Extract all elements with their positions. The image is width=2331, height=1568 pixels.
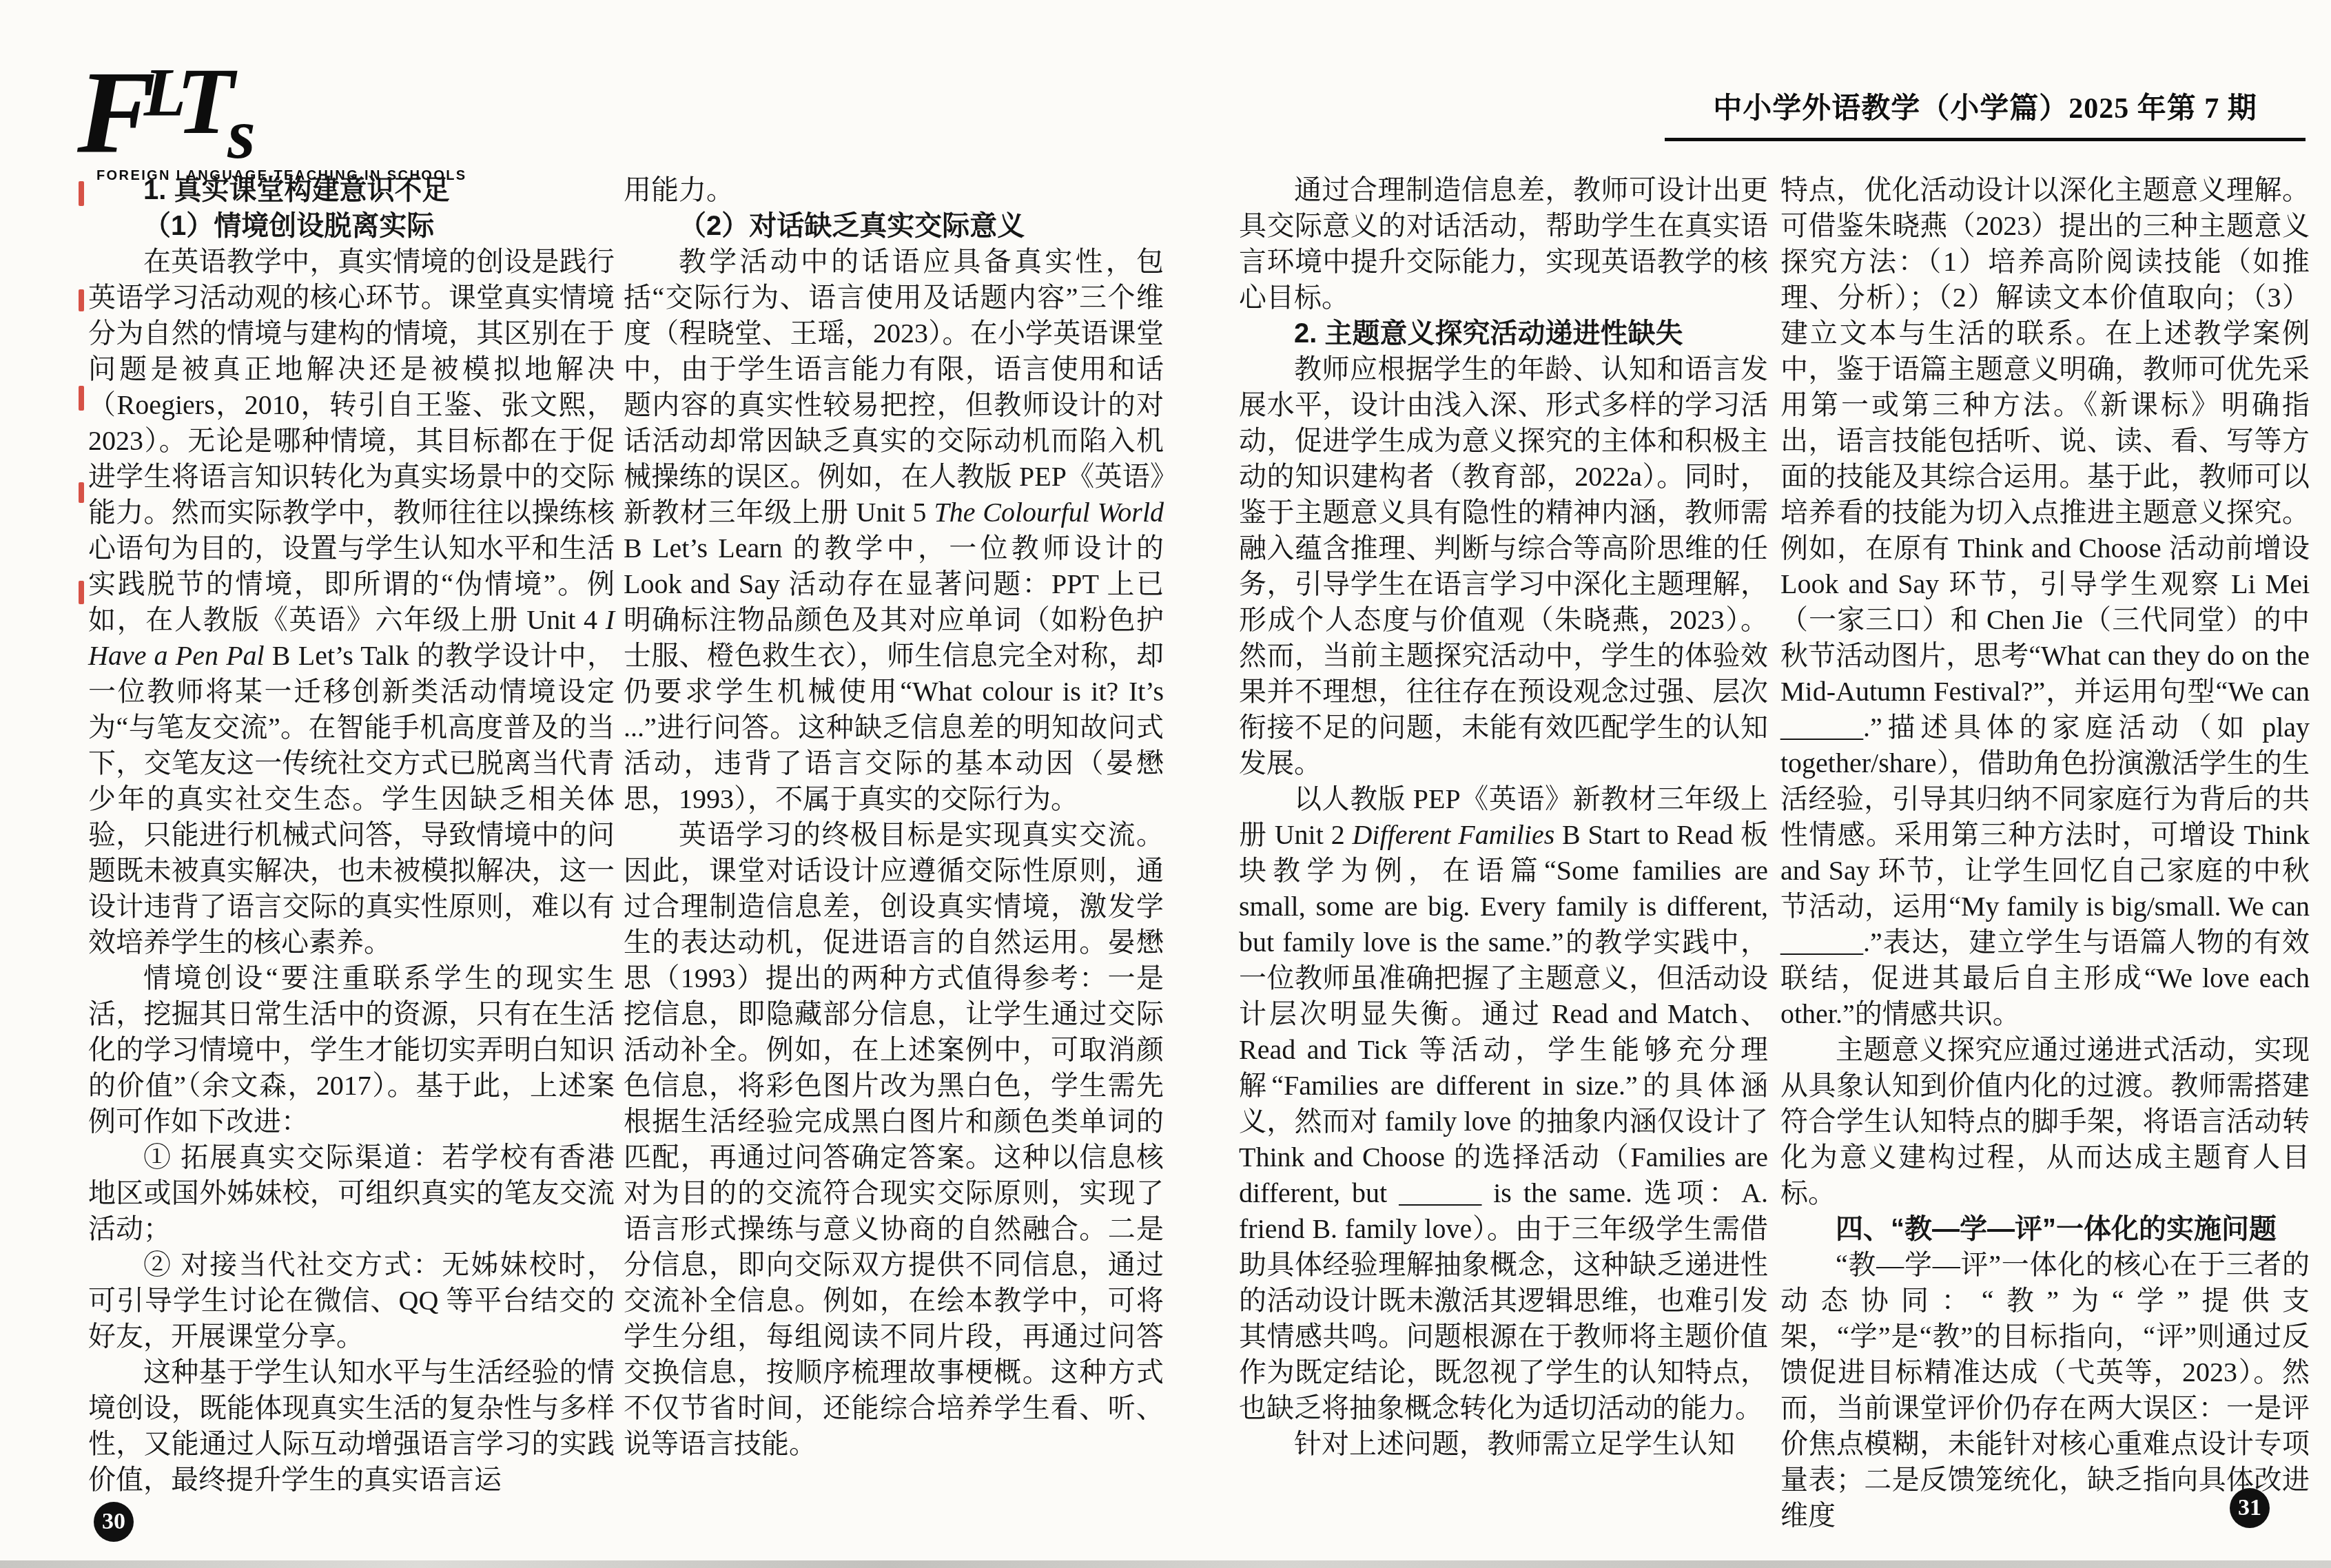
page-number-right: 31 xyxy=(2230,1488,2270,1528)
section-heading: （1）情境创设脱离实际 xyxy=(88,208,615,244)
text-run: B Start to Read 板块教学为例，在语篇“Some families… xyxy=(1239,819,1768,1423)
scan-red-mark xyxy=(79,482,84,503)
journal-issue-title: 中小学外语教学（小学篇）2025 年第 7 期 xyxy=(1665,85,2306,127)
section-heading: 1. 真实课堂构建意识不足 xyxy=(88,172,615,208)
text-run: （1）情境创设脱离实际 xyxy=(143,211,434,241)
paragraph: ① 拓展真实交际渠道：若学校有香港地区或国外姊妹校，可组织真实的笔友交流活动； xyxy=(88,1139,615,1247)
paragraph: 教学活动中的话语应具备真实性，包括“交际行为、语言使用及话题内容”三个维度（程晓… xyxy=(624,244,1164,817)
logo-letter-t: T xyxy=(176,54,234,149)
paragraph: 情境创设“要注重联系学生的现实生活，挖掘其日常生活中的资源，只有在生活化的学习情… xyxy=(88,960,615,1139)
scan-red-mark xyxy=(79,581,84,604)
paragraph: 通过合理制造信息差，教师可设计出更具交际意义的对话活动，帮助学生在真实语言环境中… xyxy=(1239,172,1768,316)
section-heading: 2. 主题意义探究活动递进性缺失 xyxy=(1239,316,1768,351)
paragraph: 这种基于学生认知水平与生活经验的情境创设，既能体现真实生活的复杂性与多样性，又能… xyxy=(88,1354,615,1498)
text-column-3: 通过合理制造信息差，教师可设计出更具交际意义的对话活动，帮助学生在真实语言环境中… xyxy=(1239,172,1768,1462)
text-run: 通过合理制造信息差，教师可设计出更具交际意义的对话活动，帮助学生在真实语言环境中… xyxy=(1239,174,1768,313)
text-run: 情境创设“要注重联系学生的现实生活，挖掘其日常生活中的资源，只有在生活化的学习情… xyxy=(88,962,615,1137)
section-heading: 四、“教—学—评”一体化的实施问题 xyxy=(1780,1211,2310,1247)
text-run: 教师应根据学生的年龄、认知和语言发展水平，设计由浅入深、形式多样的学习活动，促进… xyxy=(1239,353,1768,778)
text-run: B Let’s Learn 的教学中，一位教师设计的 Look and Say … xyxy=(624,533,1164,814)
paragraph: 用能力。 xyxy=(624,172,1164,208)
italic-title-text: The Colourful World xyxy=(934,497,1164,528)
text-run: 教学活动中的话语应具备真实性，包括“交际行为、语言使用及话题内容”三个维度（程晓… xyxy=(624,246,1164,528)
scan-red-mark xyxy=(79,181,84,206)
text-run: 英语学习的终极目标是实现真实交流。因此，课堂对话设计应遵循交际性原则，通过合理制… xyxy=(624,819,1164,1459)
text-column-4: 特点，优化活动设计以深化主题意义理解。可借鉴朱晓燕（2023）提出的三种主题意义… xyxy=(1780,172,2310,1534)
text-run: 主题意义探究应通过递进式活动，实现从具象认知到价值内化的过渡。教师需搭建符合学生… xyxy=(1780,1034,2310,1208)
text-run: ① 拓展真实交际渠道：若学校有香港地区或国外姊妹校，可组织真实的笔友交流活动； xyxy=(88,1142,615,1244)
text-run: B Let’s Talk 的教学设计中，一位教师将某一迁移创新类活动情境设定为“… xyxy=(88,640,615,958)
paragraph: 在英语教学中，真实情境的创设是践行英语学习活动观的核心环节。课堂真实情境分为自然… xyxy=(88,244,615,960)
text-run: 1. 真实课堂构建意识不足 xyxy=(143,175,449,205)
header-rule xyxy=(1665,138,2306,141)
text-column-2: 用能力。（2）对话缺乏真实交际意义教学活动中的话语应具备真实性，包括“交际行为、… xyxy=(624,172,1164,1462)
text-run: 针对上述问题，教师需立足学生认知 xyxy=(1294,1428,1735,1459)
text-column-1: 1. 真实课堂构建意识不足（1）情境创设脱离实际在英语教学中，真实情境的创设是践… xyxy=(88,172,615,1498)
journal-header: 中小学外语教学（小学篇）2025 年第 7 期 xyxy=(1665,85,2306,141)
logo-letter-s: s xyxy=(227,99,255,170)
text-run: ② 对接当代社交方式：无姊妹校时，可引导学生讨论在微信、QQ 等平台结交的好友，… xyxy=(88,1249,615,1352)
text-run: “教—学—评”一体化的核心在于三者的动态协同：“教”为“学”提供支架，“学”是“… xyxy=(1780,1249,2310,1531)
page-number-left: 30 xyxy=(94,1502,134,1542)
scan-red-mark xyxy=(79,386,84,411)
scan-red-mark xyxy=(79,289,84,311)
paragraph: 主题意义探究应通过递进式活动，实现从具象认知到价值内化的过渡。教师需搭建符合学生… xyxy=(1780,1032,2310,1211)
paragraph: “教—学—评”一体化的核心在于三者的动态协同：“教”为“学”提供支架，“学”是“… xyxy=(1780,1247,2310,1534)
section-heading: （2）对话缺乏真实交际意义 xyxy=(624,208,1164,244)
text-run: （2）对话缺乏真实交际意义 xyxy=(679,211,1025,241)
paragraph: 针对上述问题，教师需立足学生认知 xyxy=(1239,1426,1768,1462)
journal-logo: F L T s FOREIGN LANGUAGE TEACHING IN SCH… xyxy=(77,54,467,184)
paragraph: ② 对接当代社交方式：无姊妹校时，可引导学生讨论在微信、QQ 等平台结交的好友，… xyxy=(88,1247,615,1354)
text-run: 这种基于学生认知水平与生活经验的情境创设，既能体现真实生活的复杂性与多样性，又能… xyxy=(88,1356,615,1495)
text-run: 用能力。 xyxy=(624,174,734,205)
paragraph: 以人教版 PEP《英语》新教材三年级上册 Unit 2 Different Fa… xyxy=(1239,781,1768,1426)
paragraph: 英语学习的终极目标是实现真实交流。因此，课堂对话设计应遵循交际性原则，通过合理制… xyxy=(624,817,1164,1462)
journal-logo-letters: F L T s xyxy=(77,54,467,172)
text-run: 2. 主题意义探究活动递进性缺失 xyxy=(1294,318,1683,349)
text-run: 在英语教学中，真实情境的创设是践行英语学习活动观的核心环节。课堂真实情境分为自然… xyxy=(88,246,615,635)
italic-title-text: Different Families xyxy=(1352,819,1554,850)
paragraph: 教师应根据学生的年龄、认知和语言发展水平，设计由浅入深、形式多样的学习活动，促进… xyxy=(1239,351,1768,781)
paragraph: 特点，优化活动设计以深化主题意义理解。可借鉴朱晓燕（2023）提出的三种主题意义… xyxy=(1780,172,2310,1032)
scan-bottom-edge xyxy=(0,1560,2331,1568)
text-run: 特点，优化活动设计以深化主题意义理解。可借鉴朱晓燕（2023）提出的三种主题意义… xyxy=(1780,174,2310,1029)
journal-spread: F L T s FOREIGN LANGUAGE TEACHING IN SCH… xyxy=(0,0,2331,1568)
text-run: 四、“教—学—评”一体化的实施问题 xyxy=(1836,1214,2277,1244)
